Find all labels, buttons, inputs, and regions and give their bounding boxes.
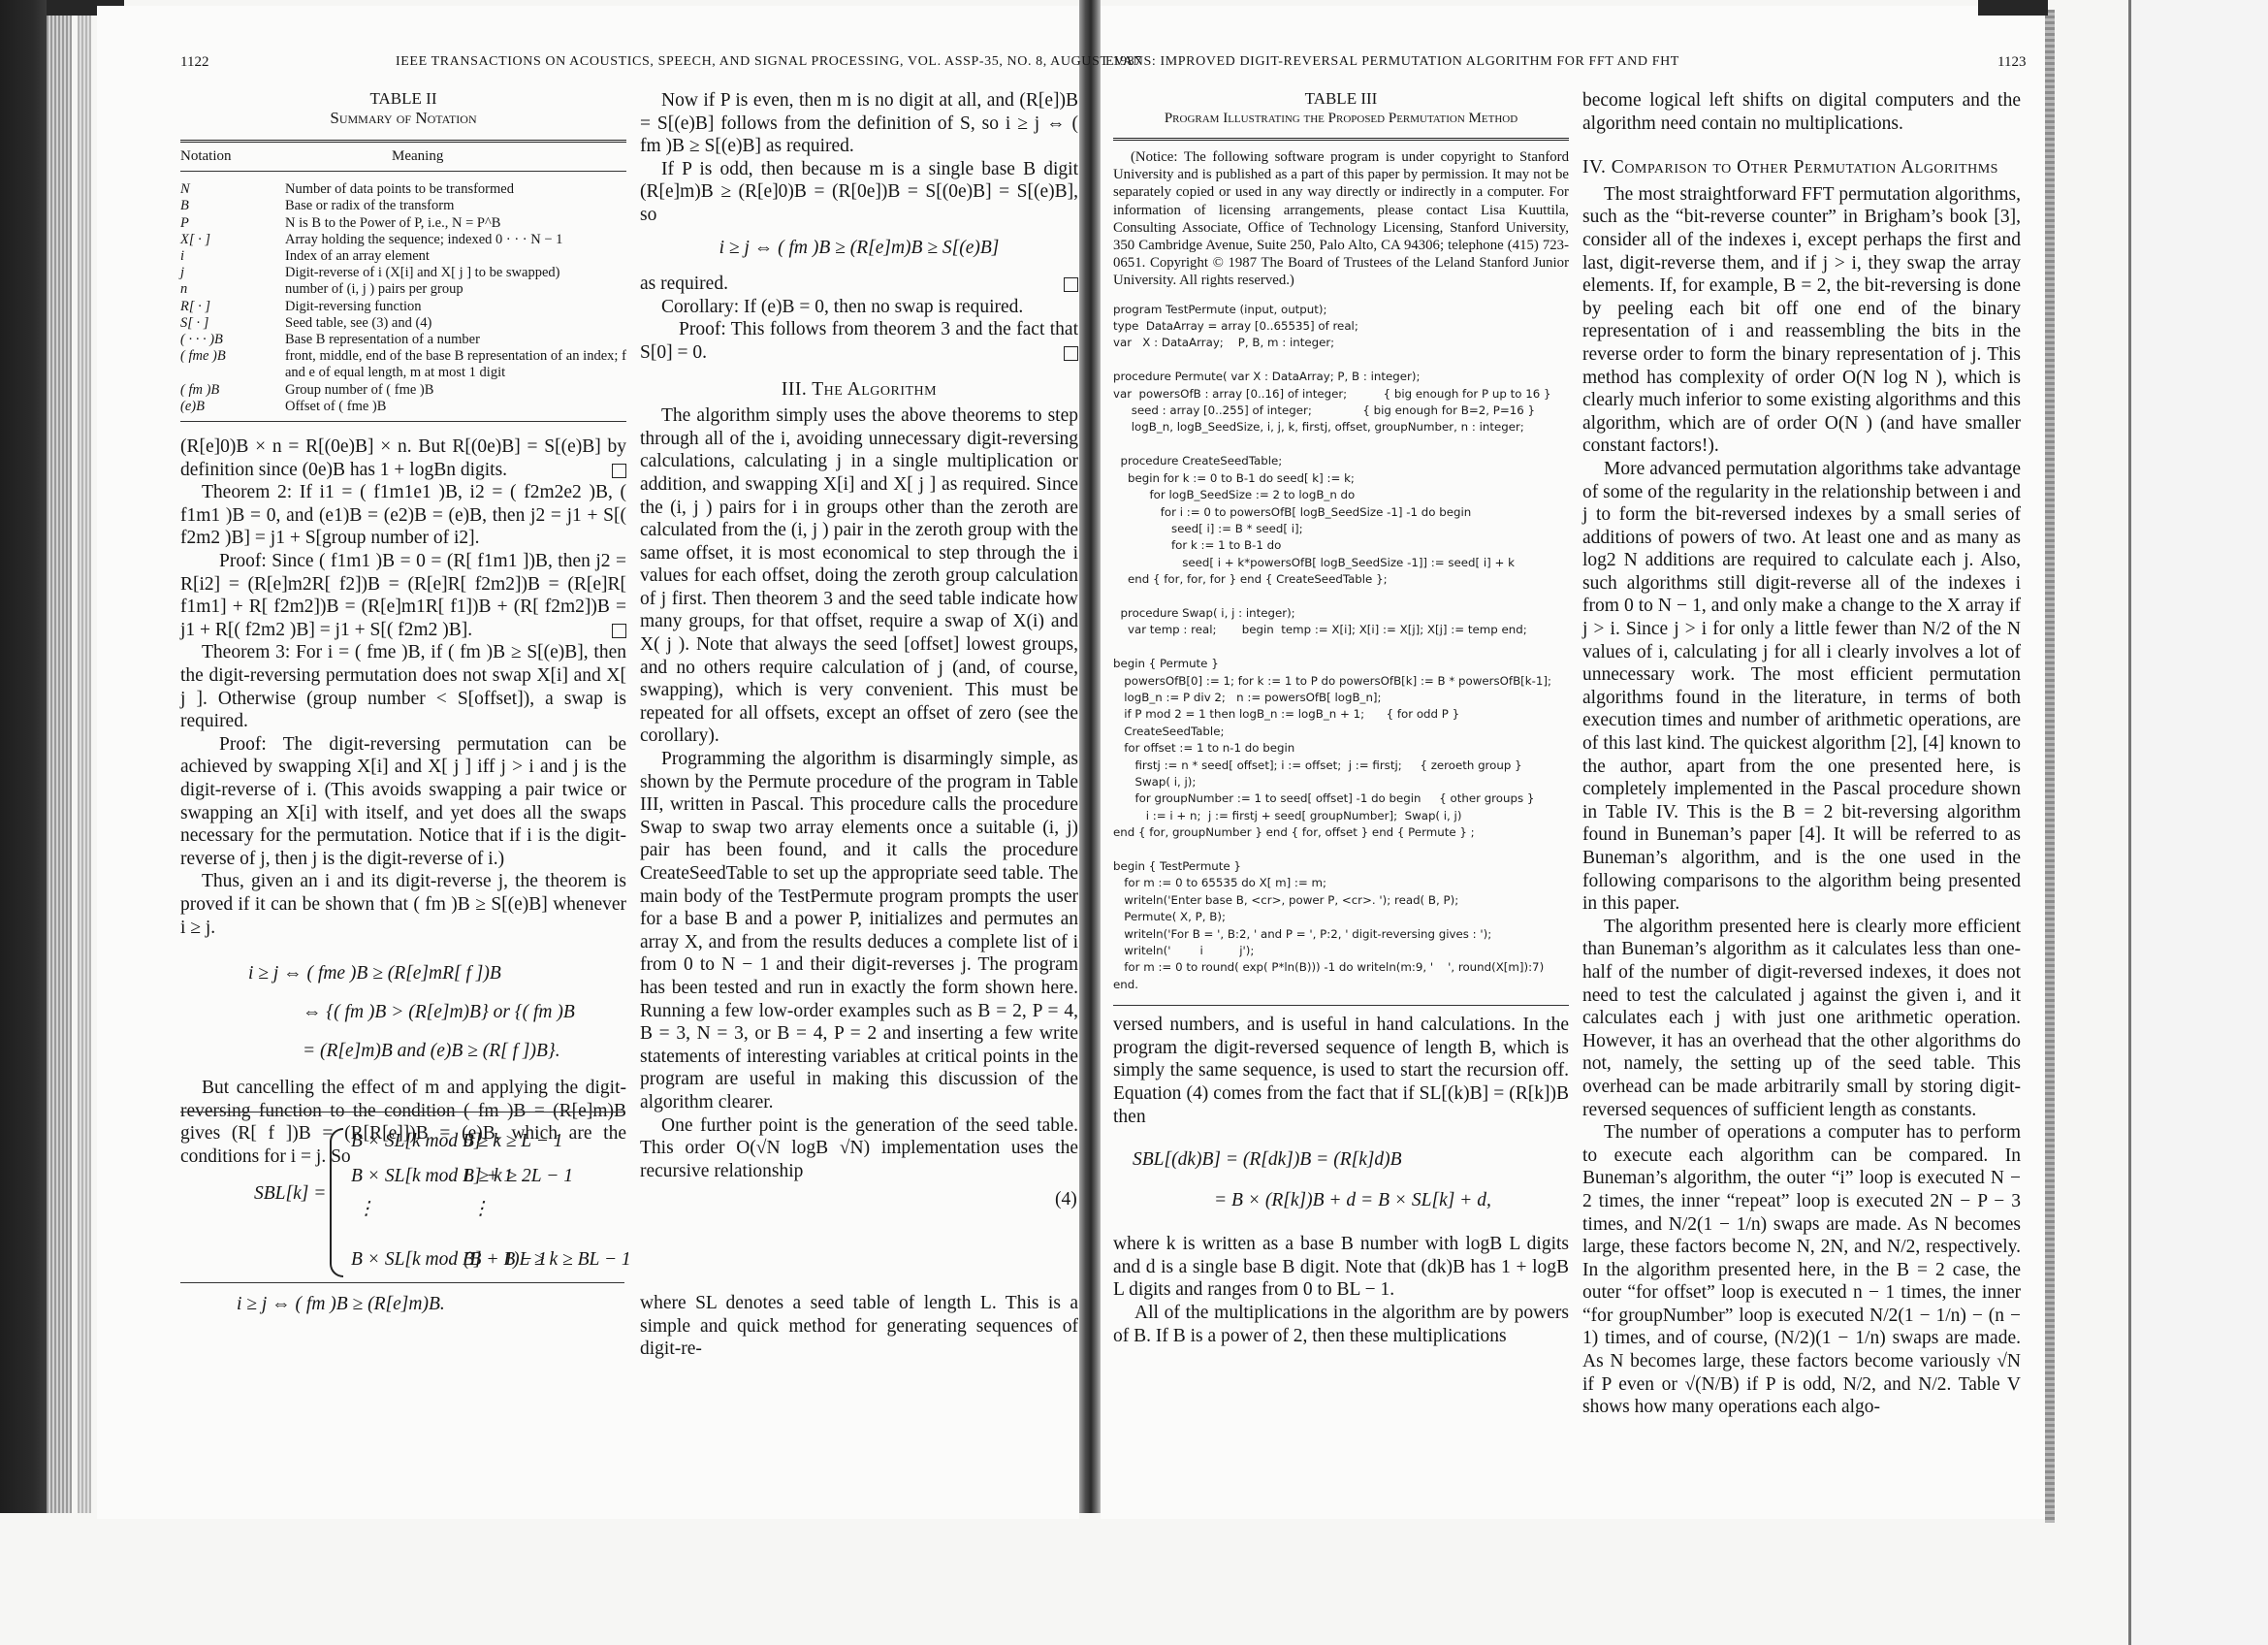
paragraph: become logical left shifts on digital co… [1582, 89, 2021, 135]
equation: i ≥ j ⇔ ( fm )B ≥ (R[e]m)B ≥ S[(e)B] [640, 237, 1078, 260]
table3-bottom-rule [1113, 1005, 1569, 1006]
running-head-right: EVANS: IMPROVED DIGIT-REVERSAL PERMUTATI… [1105, 54, 1679, 70]
col-header-notation: Notation [180, 143, 285, 171]
table-row: R[ · ]Digit-reversing function [180, 299, 626, 315]
table-row: S[ · ]Seed table, see (3) and (4) [180, 315, 626, 332]
equation-block: i ≥ j ⇔ ( fme )B ≥ (R[e]mR[ f ])B ⇔ {( f… [180, 954, 626, 1071]
qed-box-icon [1064, 277, 1078, 292]
table-row: BBase or radix of the transform [180, 198, 626, 214]
proof: Proof: Since ( f1m1 )B = 0 = (R[ f1m1 ])… [180, 550, 626, 641]
table-row: nnumber of (i, j ) pairs per group [180, 281, 626, 298]
paragraph: where SL denotes a seed table of length … [640, 1292, 1078, 1361]
paragraph: The most straightforward FFT permutation… [1582, 183, 2021, 458]
paragraph: as required. [640, 273, 1078, 296]
running-head-left: IEEE TRANSACTIONS ON ACOUSTICS, SPEECH, … [396, 54, 1142, 70]
section-4-heading: IV. Comparison to Other Permutation Algo… [1582, 156, 2021, 179]
book-binding-shadow [0, 0, 47, 1513]
eq4-number: (4) [1055, 1189, 1077, 1210]
corollary: Corollary: If (e)B = 0, then no swap is … [640, 296, 1078, 319]
table-row: NNumber of data points to be transformed [180, 181, 626, 198]
paragraph: Thus, given an i and its digit-reverse j… [180, 870, 626, 939]
paragraph: All of the multiplications in the algori… [1113, 1302, 1569, 1347]
paragraph: The algorithm simply uses the above theo… [640, 404, 1078, 748]
paragraph: If P is odd, then because m is a single … [640, 158, 1078, 227]
table3-top-rule [1113, 138, 1569, 141]
corollary-proof: Proof: This follows from theorem 3 and t… [640, 318, 1078, 364]
left-column-1: TABLE II Summary of Notation Notation Me… [180, 89, 626, 1168]
table-row: PN is B to the Power of P, i.e., N = P^B [180, 215, 626, 232]
page-edges-left-inner [78, 0, 91, 1513]
page-number-right: 1123 [1997, 54, 2026, 71]
copyright-notice: (Notice: The following software program … [1113, 148, 1569, 290]
pascal-code-listing: program TestPermute (input, output);type… [1113, 302, 1569, 994]
qed-box-icon [1064, 346, 1078, 361]
paragraph: versed numbers, and is useful in hand ca… [1113, 1014, 1569, 1128]
table-row: iIndex of an array element [180, 248, 626, 265]
paragraph: The algorithm presented here is clearly … [1582, 916, 2021, 1121]
qed-box-icon [612, 624, 626, 638]
paragraph: But cancelling the effect of m and apply… [180, 1077, 626, 1168]
proof: Proof: The digit-reversing permutation c… [180, 733, 626, 871]
paragraph: One further point is the generation of t… [640, 1114, 1078, 1183]
left-column-2-bottom: where SL denotes a seed table of length … [640, 1292, 1078, 1361]
right-column-1: TABLE III Program Illustrating the Propo… [1113, 89, 1569, 1347]
page-edges-right [2045, 10, 2055, 1523]
top-shadow-right [1978, 0, 2048, 16]
paragraph: The number of operations a computer has … [1582, 1121, 2021, 1419]
equation-divider-bottom [180, 1282, 624, 1283]
table-row: ( fme )Bfront, middle, end of the base B… [180, 348, 626, 381]
right-column-2: become logical left shifts on digital co… [1582, 89, 2021, 1419]
page-number-left: 1122 [180, 54, 208, 71]
table3-caption: Program Illustrating the Proposed Permut… [1113, 109, 1569, 128]
equation-block: SBL[(dk)B] = (R[dk])B = (R[k]d)B = B × (… [1113, 1140, 1569, 1221]
paragraph: Now if P is even, then m is no digit at … [640, 89, 1078, 158]
eq4-lhs: SBL[k] = [254, 1183, 326, 1205]
table-header-row: Notation Meaning [180, 143, 626, 171]
table2-bottom-rule [180, 421, 626, 422]
col-header-meaning: Meaning [285, 143, 626, 171]
book-spine [1079, 0, 1101, 1513]
theorem-2: Theorem 2: If i1 = ( f1m1e1 )B, i2 = ( f… [180, 481, 626, 550]
theorem-3: Theorem 3: For i = ( fme )B, if ( fm )B … [180, 641, 626, 732]
page-edges-left [47, 0, 72, 1513]
final-equation: i ≥ j ⇔ ( fm )B ≥ (R[e]m)B. [237, 1294, 445, 1315]
scanner-bed [2128, 0, 2268, 1645]
table-row: (e)BOffset of ( fme )B [180, 399, 626, 415]
paragraph: (R[e]0)B × n = R[(0e)B] × n. But R[(0e)B… [180, 435, 626, 481]
table3-label: TABLE III [1113, 89, 1569, 109]
table-row: ( fm )BGroup number of ( fme )B [180, 382, 626, 399]
paragraph: where k is written as a base B number wi… [1113, 1233, 1569, 1302]
table-row: jDigit-reverse of i (X[i] and X[ j ] to … [180, 265, 626, 281]
equation-divider-top [180, 1112, 624, 1113]
table-row: X[ · ]Array holding the sequence; indexe… [180, 232, 626, 248]
notation-table: Notation Meaning NNumber of data points … [180, 143, 626, 415]
table-row: ( · · · )BBase B representation of a num… [180, 332, 626, 348]
left-column-2: Now if P is even, then m is no digit at … [640, 89, 1078, 1182]
paragraph: More advanced permutation algorithms tak… [1582, 458, 2021, 916]
qed-box-icon [612, 464, 626, 478]
table2-caption: Summary of Notation [180, 109, 626, 128]
paragraph: Programming the algorithm is disarmingly… [640, 748, 1078, 1114]
table2-label: TABLE II [180, 89, 626, 109]
eq4-brace [330, 1128, 343, 1277]
section-3-heading: III. The Algorithm [640, 378, 1078, 402]
